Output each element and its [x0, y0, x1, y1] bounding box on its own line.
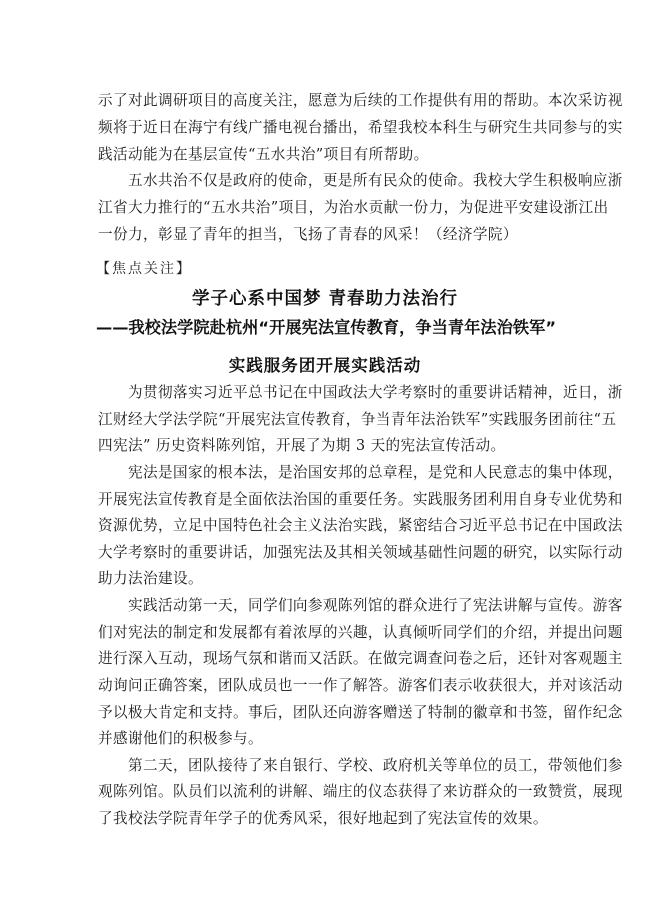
- body-line: 为贯彻落实习近平总书记在中国政法大学考察时的重要讲话精神，近日，浙: [128, 383, 554, 403]
- body-line: 观陈列馆。队员们以流利的讲解、端庄的仪态获得了来访群众的一致赞赏，展现: [98, 782, 554, 802]
- body-line: 了我校法学院青年学子的优秀风采，很好地起到了宪法宣传的效果。: [98, 809, 554, 829]
- body-line: 践活动能为在基层宣传“五水共治”项目有所帮助。: [98, 145, 554, 165]
- body-line: 助力法治建设。: [98, 569, 554, 589]
- body-line: 五水共治不仅是政府的使命，更是所有民众的使命。我校大学生积极响应浙: [128, 171, 554, 191]
- document-page: 示了对此调研项目的高度关注，愿意为后续的工作提供有用的帮助。本次采访视 频将于近…: [0, 0, 650, 919]
- body-line: 予以极大肯定和支持。事后，团队还向游客赠送了特制的徽章和书签，留作纪念: [98, 703, 554, 723]
- article-title: 学子心系中国梦 青春助力法治行: [0, 287, 650, 311]
- body-line: 进行深入互动，现场气氛和谐而又活跃。在做完调查问卷之后，还针对客观题主: [98, 649, 554, 669]
- body-line: 频将于近日在海宁有线广播电视台播出，希望我校本科生与研究生共同参与的实: [98, 118, 554, 138]
- body-line: 江省大力推行的“五水共治”项目，为治水贡献一份力，为促进平安建设浙江出: [98, 198, 554, 218]
- body-line: 们对宪法的制定和发展都有着浓厚的兴趣，认真倾听同学们的介绍，并提出问题: [98, 623, 554, 643]
- body-line: 动询问正确答案，团队成员也一一作了解答。游客们表示收获很大，并对该活动: [98, 676, 554, 696]
- article-subtitle-line2: 实践服务团开展实践活动: [0, 354, 650, 378]
- body-line: 并感谢他们的积极参与。: [98, 729, 554, 749]
- body-line: 开展宪法宣传教育是全面依法治国的重要任务。实践服务团利用自身专业优势和: [98, 490, 554, 510]
- section-tag: 【焦点关注】: [96, 259, 192, 279]
- body-line: 四宪法” 历史资料陈列馆，开展了为期 3 天的宪法宣传活动。: [98, 436, 554, 456]
- body-line: 实践活动第一天，同学们向参观陈列馆的群众进行了宪法讲解与宣传。游客: [128, 596, 554, 616]
- body-line: 一份力，彰显了青年的担当，飞扬了青春的风采！（经济学院）: [98, 225, 554, 245]
- body-line: 大学考察时的重要讲话，加强宪法及其相关领域基础性问题的研究，以实际行动: [98, 543, 554, 563]
- body-line: 示了对此调研项目的高度关注，愿意为后续的工作提供有用的帮助。本次采访视: [98, 91, 554, 111]
- body-line: 宪法是国家的根本法，是治国安邦的总章程，是党和人民意志的集中体现，: [128, 463, 554, 483]
- body-line: 资源优势，立足中国特色社会主义法治实践，紧密结合习近平总书记在中国政法: [98, 516, 554, 536]
- body-line: 第二天，团队接待了来自银行、学校、政府机关等单位的员工，带领他们参: [128, 756, 554, 776]
- article-subtitle: ——我校法学院赴杭州“开展宪法宣传教育，争当青年法治铁军”: [96, 316, 556, 340]
- body-line: 江财经大学法学院“开展宪法宣传教育，争当青年法治铁军”实践服务团前往“五: [98, 410, 554, 430]
